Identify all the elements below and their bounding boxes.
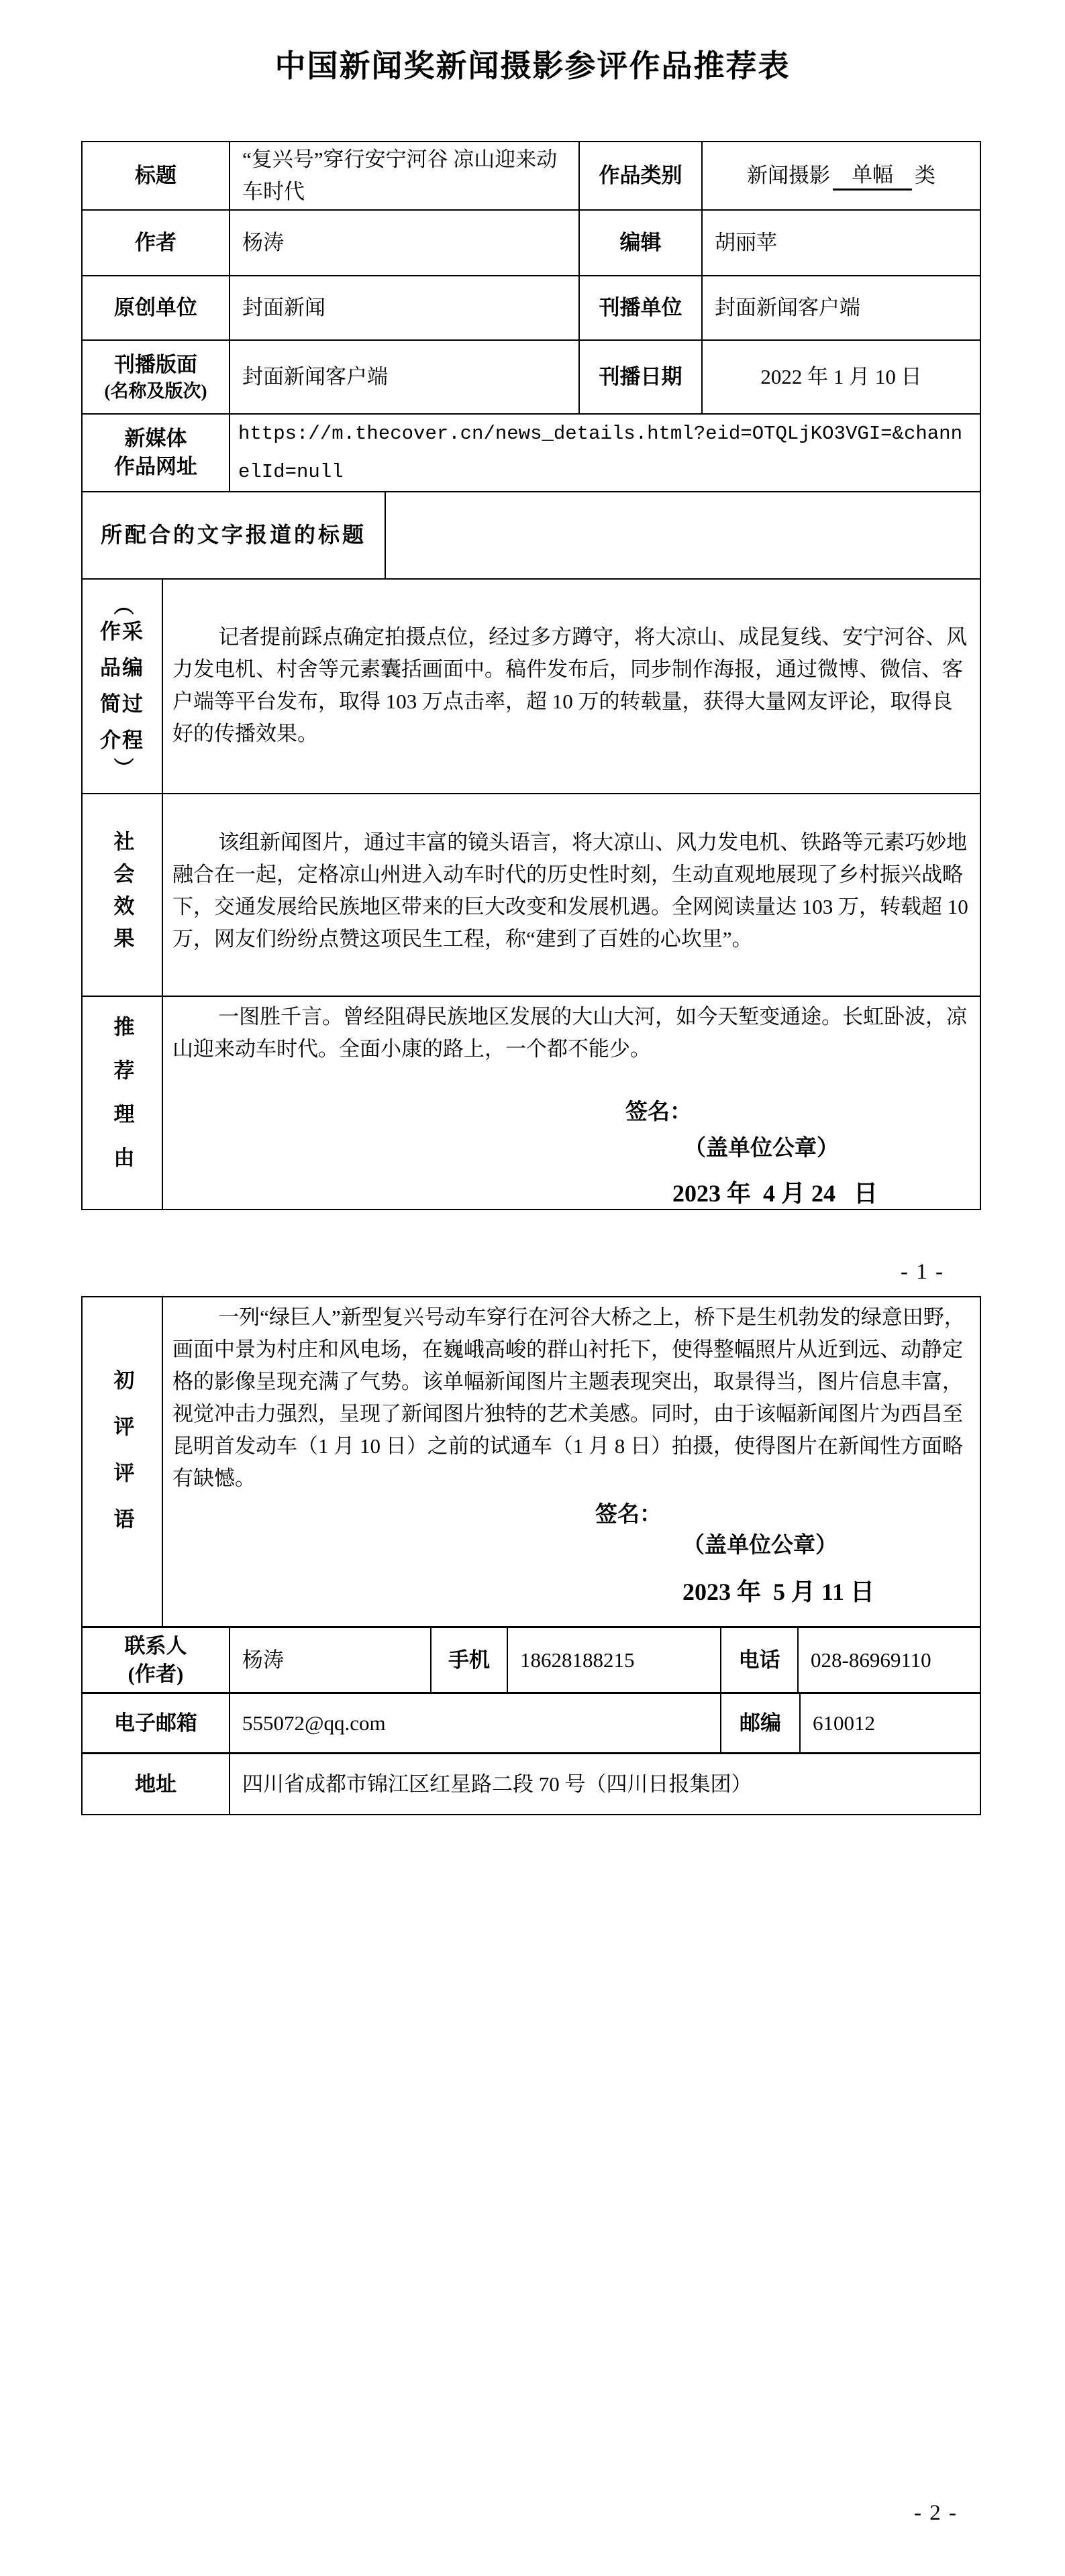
contact-value: 杨涛 bbox=[229, 1628, 430, 1692]
title-label-text: 标题 bbox=[135, 162, 176, 190]
phone-value: 028-86969110 bbox=[797, 1628, 980, 1692]
author-label-text: 作者 bbox=[135, 229, 176, 257]
editing-process-label-row2: 品编 bbox=[100, 650, 144, 686]
new-media-url-text: https://m.thecover.cn/news_details.html?… bbox=[238, 415, 972, 491]
row-email: 电子邮箱 555072@qq.com 邮编 610012 bbox=[83, 1692, 980, 1752]
address-value: 四川省成都市锦江区红星路二段 70 号（四川日报集团） bbox=[229, 1754, 980, 1814]
social-effect-paragraph: 该组新闻图片，通过丰富的镜头语言，将大凉山、风力发电机、铁路等元素巧妙地融合在一… bbox=[172, 826, 970, 955]
preliminary-review-label-text: 初评评语 bbox=[112, 1369, 133, 1554]
row-new-media-url: 新媒体 作品网址 https://m.thecover.cn/news_deta… bbox=[83, 413, 980, 491]
phone-label: 电话 bbox=[720, 1628, 797, 1692]
signature-label: 签名： bbox=[595, 1500, 970, 1529]
publish-date-value-text: 2022 年 1 月 10 日 bbox=[760, 361, 921, 393]
email-value-text: 555072@qq.com bbox=[242, 1707, 386, 1739]
original-unit-label-text: 原创单位 bbox=[114, 294, 197, 322]
title-value: “复兴号”穿行安宁河谷 凉山迎来动车时代 bbox=[229, 142, 578, 209]
new-media-url-label-line1: 新媒体 bbox=[125, 425, 187, 453]
original-unit-value-text: 封面新闻 bbox=[242, 292, 325, 324]
row-author: 作者 杨涛 编辑 胡丽苹 bbox=[83, 209, 980, 275]
publish-page-value: 封面新闻客户端 bbox=[229, 341, 578, 413]
phone-value-text: 028-86969110 bbox=[811, 1644, 931, 1676]
title-label: 标题 bbox=[83, 142, 229, 209]
publish-page-label: 刊播版面 (名称及版次) bbox=[83, 341, 229, 413]
contact-label-line1: 联系人 bbox=[125, 1632, 187, 1660]
row-original-unit: 原创单位 封面新闻 刊播单位 封面新闻客户端 bbox=[83, 275, 980, 339]
related-report-title-label: 所配合的文字报道的标题 bbox=[83, 492, 385, 578]
category-label: 作品类别 bbox=[578, 142, 701, 209]
editing-process-label-row1: 作采 bbox=[100, 614, 144, 650]
postcode-label: 邮编 bbox=[720, 1694, 799, 1752]
page-number-2: - 2 - bbox=[914, 2501, 958, 2526]
preliminary-review-paragraph: 一列“绿巨人”新型复兴号动车穿行在河谷大桥之上，桥下是生机勃发的绿意田野，画面中… bbox=[172, 1301, 970, 1495]
editing-process-label-stack: （ 作采 品编 简过 介程 ） bbox=[83, 580, 162, 793]
row-recommend-reason: 推荐理由 一图胜千言。曾经阻碍民族地区发展的大山大河，如今天堑变通途。长虹卧波，… bbox=[83, 996, 980, 1209]
publish-page-value-text: 封面新闻客户端 bbox=[242, 361, 388, 393]
mobile-label: 手机 bbox=[430, 1628, 507, 1692]
row-address: 地址 四川省成都市锦江区红星路二段 70 号（四川日报集团） bbox=[83, 1752, 980, 1814]
category-suffix: 类 bbox=[915, 160, 935, 192]
original-unit-value: 封面新闻 bbox=[229, 276, 578, 339]
email-label-text: 电子邮箱 bbox=[114, 1709, 197, 1737]
publish-page-label-line1: 刊播版面 bbox=[114, 351, 197, 379]
recommendation-table: 标题 “复兴号”穿行安宁河谷 凉山迎来动车时代 作品类别 新闻摄影单幅类 作者 … bbox=[81, 141, 981, 1210]
open-paren: （ bbox=[113, 595, 131, 615]
publish-unit-value-text: 封面新闻客户端 bbox=[715, 292, 860, 324]
recommend-signature-block: 签名： （盖单位公章） 2023 年 4 月 24 日 bbox=[172, 1097, 970, 1209]
editor-label-text: 编辑 bbox=[620, 229, 662, 257]
form-title: 中国新闻奖新闻摄影参评作品推荐表 bbox=[0, 42, 1065, 86]
postcode-value: 610012 bbox=[799, 1694, 980, 1752]
postcode-label-text: 邮编 bbox=[740, 1709, 781, 1737]
review-signature-block: 签名： （盖单位公章） 2023 年 5 月 11 日 bbox=[172, 1500, 970, 1607]
signature-label: 签名： bbox=[625, 1097, 970, 1127]
author-label: 作者 bbox=[83, 211, 229, 275]
author-value: 杨涛 bbox=[229, 211, 578, 275]
publish-date-label-text: 刊播日期 bbox=[599, 363, 682, 391]
signature-date: 2023 年 4 月 24 日 bbox=[672, 1178, 970, 1209]
editing-process-label: （ 作采 品编 简过 介程 ） bbox=[83, 580, 162, 793]
publish-unit-label: 刊播单位 bbox=[578, 276, 701, 339]
social-effect-label: 社会效果 bbox=[83, 794, 162, 996]
editor-label: 编辑 bbox=[578, 211, 701, 275]
document-page: 中国新闻奖新闻摄影参评作品推荐表 标题 “复兴号”穿行安宁河谷 凉山迎来动车时代… bbox=[0, 0, 1065, 2576]
preliminary-review-label: 初评评语 bbox=[83, 1297, 162, 1626]
mobile-value-text: 18628188215 bbox=[520, 1644, 635, 1676]
address-value-text: 四川省成都市锦江区红星路二段 70 号（四川日报集团） bbox=[242, 1768, 752, 1801]
close-paren: ） bbox=[113, 757, 131, 777]
editing-process-label-row3: 简过 bbox=[100, 686, 144, 722]
author-value-text: 杨涛 bbox=[242, 227, 284, 259]
editing-process-paragraph: 记者提前踩点确定拍摄点位，经过多方蹲守，将大凉山、成昆复线、安宁河谷、风力发电机… bbox=[172, 621, 970, 750]
evaluation-table: 初评评语 一列“绿巨人”新型复兴号动车穿行在河谷大桥之上，桥下是生机勃发的绿意田… bbox=[81, 1296, 981, 1815]
preliminary-review-text: 一列“绿巨人”新型复兴号动车穿行在河谷大桥之上，桥下是生机勃发的绿意田野，画面中… bbox=[162, 1297, 980, 1626]
new-media-url-label-line2: 作品网址 bbox=[114, 453, 197, 481]
new-media-url-value: https://m.thecover.cn/news_details.html?… bbox=[229, 415, 980, 491]
row-preliminary-review: 初评评语 一列“绿巨人”新型复兴号动车穿行在河谷大桥之上，桥下是生机勃发的绿意田… bbox=[83, 1297, 980, 1626]
editing-process-text: 记者提前踩点确定拍摄点位，经过多方蹲守，将大凉山、成昆复线、安宁河谷、风力发电机… bbox=[162, 580, 980, 793]
publish-page-label-line2: (名称及版次) bbox=[105, 379, 207, 403]
title-value-text: “复兴号”穿行安宁河谷 凉山迎来动车时代 bbox=[242, 144, 570, 208]
new-media-url-label: 新媒体 作品网址 bbox=[83, 415, 229, 491]
recommend-reason-text: 一图胜千言。曾经阻碍民族地区发展的大山大河，如今天堑变通途。长虹卧波，凉山迎来动… bbox=[162, 997, 980, 1209]
category-blank-underline: 单幅 bbox=[833, 162, 912, 191]
row-publish-page: 刊播版面 (名称及版次) 封面新闻客户端 刊播日期 2022 年 1 月 10 … bbox=[83, 339, 980, 413]
category-label-text: 作品类别 bbox=[599, 162, 682, 190]
address-label: 地址 bbox=[83, 1754, 229, 1814]
postcode-value-text: 610012 bbox=[813, 1707, 875, 1739]
seal-label: （盖单位公章） bbox=[684, 1134, 970, 1163]
editor-value-text: 胡丽苹 bbox=[715, 227, 777, 259]
publish-date-value: 2022 年 1 月 10 日 bbox=[701, 341, 980, 413]
recommend-reason-label-text: 推荐理由 bbox=[112, 1016, 133, 1190]
original-unit-label: 原创单位 bbox=[83, 276, 229, 339]
editing-process-label-row4: 介程 bbox=[100, 722, 144, 759]
row-contact: 联系人 (作者) 杨涛 手机 18628188215 电话 028-869691… bbox=[83, 1626, 980, 1692]
publish-date-label: 刊播日期 bbox=[578, 341, 701, 413]
row-social-effect: 社会效果 该组新闻图片，通过丰富的镜头语言，将大凉山、风力发电机、铁路等元素巧妙… bbox=[83, 793, 980, 996]
contact-value-text: 杨涛 bbox=[242, 1644, 284, 1676]
row-related-report-title: 所配合的文字报道的标题 bbox=[83, 491, 980, 578]
contact-label-line2: (作者) bbox=[128, 1660, 184, 1688]
recommend-reason-paragraph: 一图胜千言。曾经阻碍民族地区发展的大山大河，如今天堑变通途。长虹卧波，凉山迎来动… bbox=[172, 1001, 970, 1065]
row-editing-process: （ 作采 品编 简过 介程 ） 记者提前踩点确定拍摄点位，经过多方蹲守，将大凉山… bbox=[83, 578, 980, 793]
publish-unit-value: 封面新闻客户端 bbox=[701, 276, 980, 339]
page-number-1: - 1 - bbox=[901, 1260, 944, 1285]
category-prefix: 新闻摄影 bbox=[747, 160, 830, 192]
social-effect-label-text: 社会效果 bbox=[112, 830, 133, 959]
mobile-label-text: 手机 bbox=[448, 1646, 490, 1674]
recommend-reason-label: 推荐理由 bbox=[83, 997, 162, 1209]
email-value: 555072@qq.com bbox=[229, 1694, 720, 1752]
mobile-value: 18628188215 bbox=[507, 1628, 720, 1692]
seal-label: （盖单位公章） bbox=[682, 1531, 970, 1560]
publish-unit-label-text: 刊播单位 bbox=[599, 294, 682, 322]
row-title: 标题 “复兴号”穿行安宁河谷 凉山迎来动车时代 作品类别 新闻摄影单幅类 bbox=[83, 142, 980, 209]
related-report-title-label-text: 所配合的文字报道的标题 bbox=[101, 521, 366, 549]
signature-date: 2023 年 5 月 11 日 bbox=[682, 1576, 970, 1607]
address-label-text: 地址 bbox=[135, 1770, 176, 1799]
category-value: 新闻摄影单幅类 bbox=[701, 142, 980, 209]
editor-value: 胡丽苹 bbox=[701, 211, 980, 275]
phone-label-text: 电话 bbox=[739, 1646, 780, 1674]
social-effect-text: 该组新闻图片，通过丰富的镜头语言，将大凉山、风力发电机、铁路等元素巧妙地融合在一… bbox=[162, 794, 980, 996]
contact-label: 联系人 (作者) bbox=[83, 1628, 229, 1692]
email-label: 电子邮箱 bbox=[83, 1694, 229, 1752]
related-report-title-value bbox=[385, 492, 980, 578]
